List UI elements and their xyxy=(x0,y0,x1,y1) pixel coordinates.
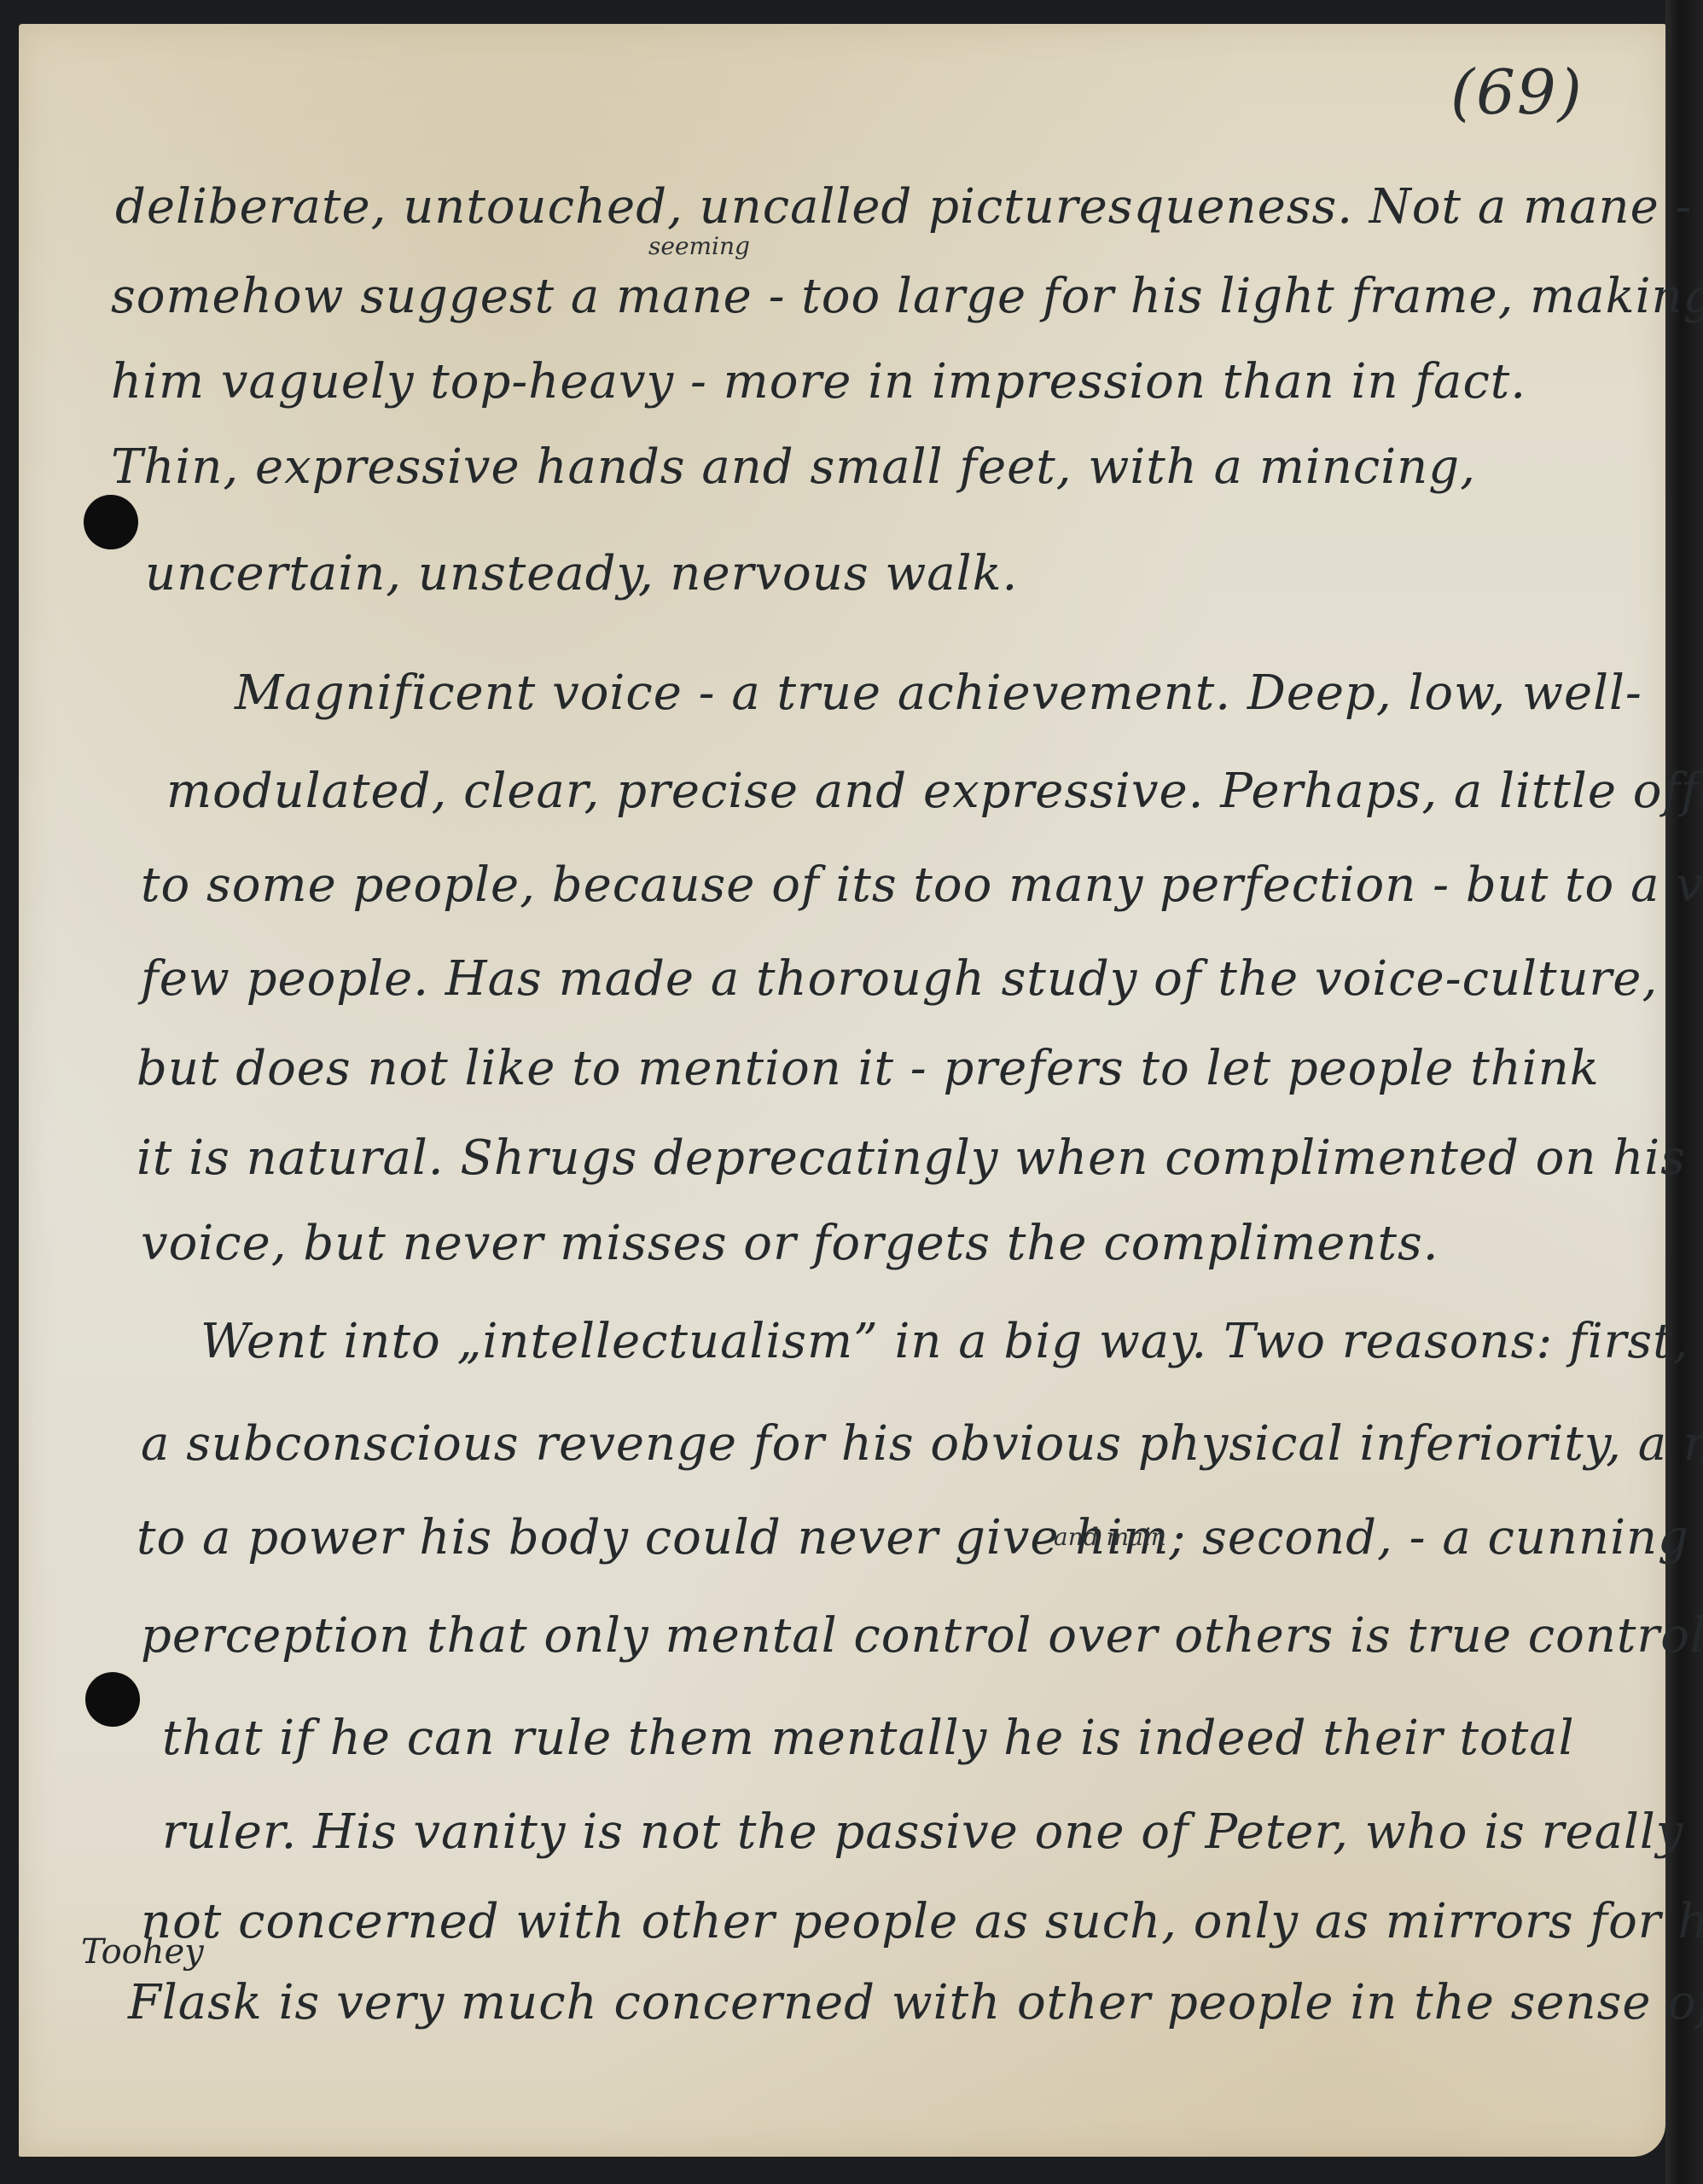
scanned-manuscript-page: (69) deliberate, untouched, uncalled pic… xyxy=(0,0,1703,2184)
text-line-14: a subconscious revenge for his obvious p… xyxy=(141,1420,1703,1468)
text-line-15: to a power his body could never give him… xyxy=(137,1514,1689,1562)
text-line-4: Thin, expressive hands and small feet, w… xyxy=(111,444,1476,491)
text-line-19: not concerned with other people as such,… xyxy=(141,1898,1703,1946)
text-line-5: uncertain, unsteady, nervous walk. xyxy=(145,550,1018,598)
text-line-6: Magnificent voice - a true achievement. … xyxy=(235,670,1642,717)
text-line-10: but does not like to mention it - prefer… xyxy=(137,1045,1600,1093)
text-line-17: that if he can rule them mentally he is … xyxy=(162,1715,1575,1763)
text-line-2: somehow suggest a mane - too large for h… xyxy=(111,273,1703,321)
text-line-9: few people. Has made a thorough study of… xyxy=(141,955,1658,1003)
insertion-seeming: seeming xyxy=(648,232,750,260)
text-line-12: voice, but never misses or forgets the c… xyxy=(141,1220,1439,1268)
text-line-18: ruler. His vanity is not the passive one… xyxy=(162,1809,1683,1856)
text-line-11: it is natural. Shrugs deprecatingly when… xyxy=(137,1135,1686,1182)
insertion-and-main: and main xyxy=(1054,1523,1166,1551)
margin-note-toohey: Toohey xyxy=(81,1932,204,1972)
text-line-7: modulated, clear, precise and expressive… xyxy=(166,768,1703,816)
text-line-1: deliberate, untouched, uncalled pictures… xyxy=(115,183,1703,231)
text-line-13: Went into „intellectualism” in a big way… xyxy=(201,1318,1688,1366)
text-line-20: Flask is very much concerned with other … xyxy=(128,1979,1703,2027)
text-line-8: to some people, because of its too many … xyxy=(141,862,1703,909)
text-line-3: him vaguely top-heavy - more in impressi… xyxy=(111,358,1526,406)
text-line-16: perception that only mental control over… xyxy=(141,1612,1703,1660)
handwritten-text: deliberate, untouched, uncalled pictures… xyxy=(0,0,1703,2184)
